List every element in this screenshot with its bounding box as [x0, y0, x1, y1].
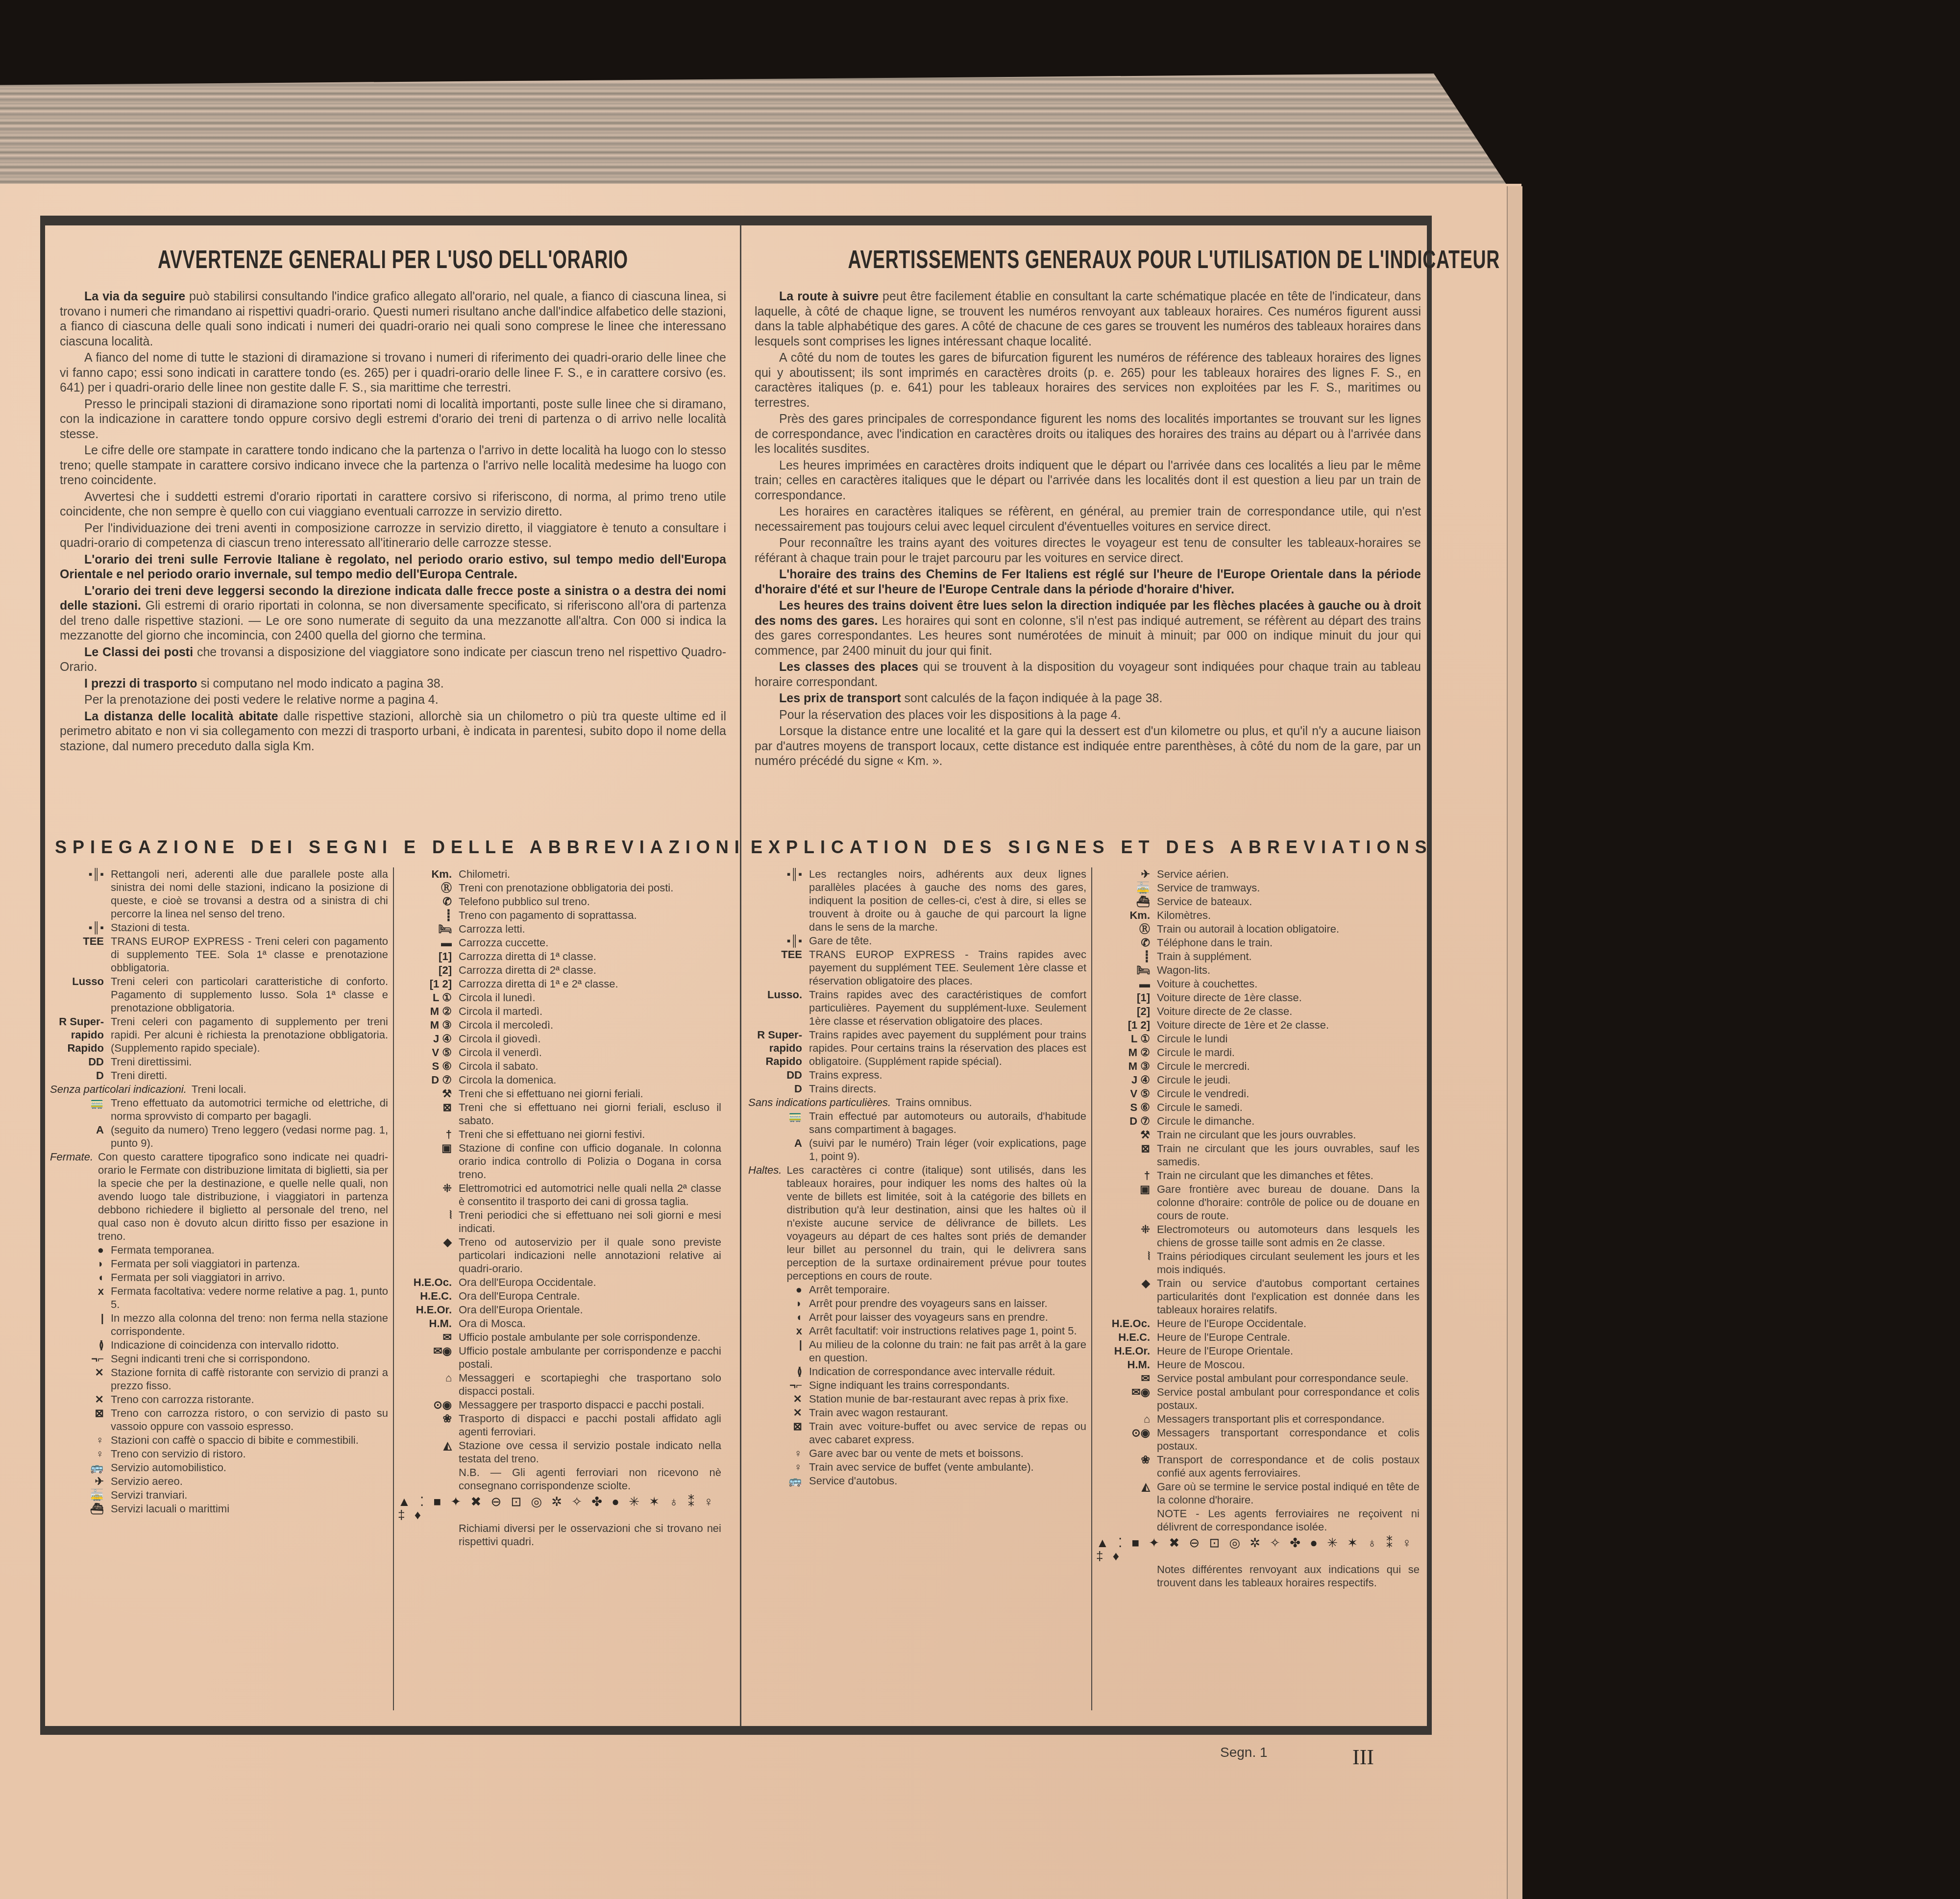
legend-item: H.E.Or.Heure de l'Europe Orientale.: [1096, 1344, 1420, 1357]
legend-description: Circule le mercredi.: [1157, 1060, 1420, 1073]
legend-item: DDTreni direttissimi.: [50, 1055, 388, 1068]
legend-description: Stazione fornita di caffè ristorante con…: [111, 1366, 388, 1392]
legend-symbol-icon: |: [748, 1338, 809, 1364]
legend-item: ⓇTreni con prenotazione obbligatoria dei…: [398, 881, 721, 894]
legend-item: ✉◉Ufficio postale ambulante per corrispo…: [398, 1344, 721, 1371]
legend-symbol-icon: H.M.: [398, 1317, 459, 1330]
legend-symbol-icon: ◭: [398, 1439, 459, 1465]
legend-description: Circule le vendredi.: [1157, 1087, 1420, 1100]
legend-symbol-icon: DD: [748, 1068, 809, 1082]
legend-item: ◗Arrêt pour prendre des voyageurs sans e…: [748, 1297, 1086, 1310]
legend-symbol-icon: V ⑤: [1096, 1087, 1157, 1100]
legend-symbol-icon: J ④: [1096, 1073, 1157, 1086]
legend-item: ♀Gare avec bar ou vente de mets et boiss…: [748, 1447, 1086, 1460]
legend-description: Wagon-lits.: [1157, 963, 1420, 977]
legend-symbol-icon: x: [748, 1324, 809, 1337]
legend-symbol-icon: [1096, 1507, 1157, 1533]
legend-symbol-icon: Ⓡ: [398, 881, 459, 894]
legend-item: N.B. — Gli agenti ferroviari non ricevon…: [398, 1466, 721, 1492]
legend-symbol-icon: ▪║▪: [50, 921, 111, 934]
legend-description: Messaggere per trasporto dispacci e pacc…: [459, 1398, 721, 1411]
legend-description: Circola il sabato.: [459, 1060, 721, 1073]
legend-description: Ora di Mosca.: [459, 1317, 721, 1330]
legend-symbol-icon: ⊠: [748, 1420, 809, 1446]
legend-description: Ora dell'Europa Occidentale.: [459, 1276, 721, 1289]
legend-symbol-icon: H.E.Oc.: [398, 1276, 459, 1289]
legend-item: ●Fermata temporanea.: [50, 1243, 388, 1257]
legend-item: ✕Train avec wagon restaurant.: [748, 1406, 1086, 1419]
legend-description: Arrêt pour prendre des voyageurs sans en…: [809, 1297, 1086, 1310]
legend-item: 🚌Service d'autobus.: [748, 1474, 1086, 1487]
legend-description: Servizio aereo.: [111, 1475, 388, 1488]
legend-symbol-icon: V ⑤: [398, 1046, 459, 1059]
legend-symbol-icon: L ①: [1096, 1032, 1157, 1045]
legend-description: Trains rapides avec payement du suppléme…: [809, 1028, 1086, 1068]
legend-item: 🛏Wagon-lits.: [1096, 963, 1420, 977]
legend-item: H.E.Oc.Heure de l'Europe Occidentale.: [1096, 1317, 1420, 1330]
legend-item: R Super-rapido RapidoTreni celeri con pa…: [50, 1015, 388, 1055]
paragraph: La distanza delle località abitate dalle…: [60, 709, 726, 754]
legend-item: Lusso.Trains rapides avec des caractéris…: [748, 988, 1086, 1028]
legend-symbol-icon: H.E.Oc.: [1096, 1317, 1157, 1330]
legend-description: Gare de tête.: [809, 934, 1086, 947]
paragraph: Presso le principali stazioni di diramaz…: [60, 397, 726, 442]
legend-symbol-icon: A: [50, 1123, 111, 1150]
legend-symbol-icon: 🚋: [50, 1488, 111, 1502]
legend-symbol-icon: DD: [50, 1055, 111, 1068]
legend-item: DTreni diretti.: [50, 1069, 388, 1082]
legend-item: Km.Kilomètres.: [1096, 909, 1420, 922]
legend-symbol-icon: ◆: [1096, 1277, 1157, 1316]
legend-description: Gare frontière avec bureau de douane. Da…: [1157, 1183, 1420, 1222]
legend-description: Heure de l'Europe Orientale.: [1157, 1344, 1420, 1357]
legend-item: H.M.Ora di Mosca.: [398, 1317, 721, 1330]
legend-description: Voiture directe de 2e classe.: [1157, 1005, 1420, 1018]
legend-description: Fermata facoltativa: vedere norme relati…: [111, 1284, 388, 1311]
paragraph: Pour reconnaître les trains ayant des vo…: [755, 536, 1421, 566]
italian-legend-col2: Km.Chilometri.ⓇTreni con prenotazione ob…: [398, 867, 721, 1549]
legend-symbol-icon: ◆: [398, 1235, 459, 1275]
page-edge: [1507, 186, 1522, 1899]
legend-description: Treni diretti.: [111, 1069, 388, 1082]
legend-item: V ⑤Circule le vendredi.: [1096, 1087, 1420, 1100]
legend-symbol-icon: ▣: [1096, 1183, 1157, 1222]
legend-description: Treni periodici che si effettuano nei so…: [459, 1208, 721, 1235]
legend-description: Trains express.: [809, 1068, 1086, 1082]
italian-legend-col1: ▪║▪Rettangoli neri, aderenti alle due pa…: [50, 867, 388, 1516]
paragraph: Per la prenotazione dei posti vedere le …: [60, 692, 726, 708]
legend-item: ✈Servizio aereo.: [50, 1475, 388, 1488]
legend-item: ▪║▪Gare de tête.: [748, 934, 1086, 947]
legend-description: Signe indiquant les trains correspondant…: [809, 1379, 1086, 1392]
legend-item: ┋Treno con pagamento di soprattassa.: [398, 909, 721, 922]
legend-item: A(suivi par le numéro) Train léger (voir…: [748, 1136, 1086, 1163]
legend-item: ⦚Trains périodiques circulant seulement …: [1096, 1250, 1420, 1276]
paragraph: A fianco del nome di tutte le stazioni d…: [60, 350, 726, 395]
legend-description: Treni celeri con pagamento di supplement…: [111, 1015, 388, 1055]
legend-item: TEETRANS EUROP EXPRESS - Trains rapides …: [748, 948, 1086, 987]
legend-symbol-icon: Km.: [398, 867, 459, 881]
legend-symbol-icon: L ①: [398, 991, 459, 1004]
legend-description: TRANS EUROP EXPRESS - Treni celeri con p…: [111, 935, 388, 974]
legend-symbol-icon: 🚌: [50, 1461, 111, 1474]
legend-symbol-icon: M ②: [1096, 1046, 1157, 1059]
legend-symbol-icon: S ⑥: [398, 1060, 459, 1073]
legend-item: ♀Treno con servizio di ristoro.: [50, 1447, 388, 1460]
legend-item: [2]Carrozza diretta di 2ª classe.: [398, 963, 721, 977]
legend-symbol-icon: R Super-rapido Rapido: [748, 1028, 809, 1068]
legend-description: Service de bateaux.: [1157, 895, 1420, 908]
legend-symbol-icon: ⁜: [398, 1182, 459, 1208]
legend-symbol-icon: ✈: [50, 1475, 111, 1488]
legend-symbol-icon: ⊠: [398, 1101, 459, 1127]
legend-item: ✕Station munie de bar-restaurant avec re…: [748, 1392, 1086, 1406]
legend-description: Circola il giovedì.: [459, 1032, 721, 1045]
legend-description: Servizi tranviari.: [111, 1488, 388, 1502]
legend-item: ◭Stazione ove cessa il servizio postale …: [398, 1439, 721, 1465]
legend-symbol-icon: †: [1096, 1169, 1157, 1182]
legend-item: H.M.Heure de Moscou.: [1096, 1358, 1420, 1371]
legend-description: Stazioni con caffè o spaccio di bibite e…: [111, 1433, 388, 1447]
legend-description: Trasporto di dispacci e pacchi postali a…: [459, 1412, 721, 1438]
french-legend-col1: ▪║▪Les rectangles noirs, adhérents aux d…: [748, 867, 1086, 1488]
legend-item: ✆Téléphone dans le train.: [1096, 936, 1420, 949]
legend-item: 🚋Service de tramways.: [1096, 881, 1420, 894]
legend-item: ⊠Treno con carrozza ristoro, o con servi…: [50, 1406, 388, 1433]
legend-description: Train effectué par automoteurs ou autora…: [809, 1110, 1086, 1136]
legend-description: Circola il mercoledì.: [459, 1018, 721, 1032]
legend-description: Kilomètres.: [1157, 909, 1420, 922]
legend-symbol-icon: Lusso: [50, 975, 111, 1014]
legend-description: Chilometri.: [459, 867, 721, 881]
legend-description: Notes différentes renvoyant aux indicati…: [1157, 1563, 1420, 1589]
legend-description: Fermata per soli viaggiatori in arrivo.: [111, 1271, 388, 1284]
legend-item: Richiami diversi per le osservazioni che…: [398, 1522, 721, 1548]
paragraph: Le Classi dei posti che trovansi a dispo…: [60, 645, 726, 675]
legend-description: Au milieu de la colonne du train: ne fai…: [809, 1338, 1086, 1364]
paragraph-text: Per la prenotazione dei posti vedere le …: [84, 693, 439, 707]
legend-item: †Train ne circulant que les dimanches et…: [1096, 1169, 1420, 1182]
legend-symbol-icon: H.E.Or.: [398, 1303, 459, 1316]
legend-description: Arrêt pour laisser des voyageurs sans en…: [809, 1310, 1086, 1324]
paragraph-text: Lorsque la distance entre une localité e…: [755, 724, 1421, 768]
legend-description: Treni che si effettuano nei giorni festi…: [459, 1128, 721, 1141]
legend-description: Transport de correspondance et de colis …: [1157, 1453, 1420, 1480]
legend-item: V ⑤Circola il venerdì.: [398, 1046, 721, 1059]
legend-item: ❀Transport de correspondance et de colis…: [1096, 1453, 1420, 1480]
legend-symbol-icon: †: [398, 1128, 459, 1141]
legend-description: Elettromotrici ed automotrici nelle qual…: [459, 1182, 721, 1208]
legend-item: ✕Stazione fornita di caffè ristorante co…: [50, 1366, 388, 1392]
legend-description: Train ne circulant que les jours ouvrabl…: [1157, 1142, 1420, 1168]
legend-description: Heure de Moscou.: [1157, 1358, 1420, 1371]
legend-description: Trains directs.: [809, 1082, 1086, 1095]
paragraph: Près des gares principales de correspond…: [755, 412, 1421, 457]
legend-symbol-icon: H.E.Or.: [1096, 1344, 1157, 1357]
legend-description: Treni che si effettuano nei giorni feria…: [459, 1101, 721, 1127]
legend-item: ▣Gare frontière avec bureau de douane. D…: [1096, 1183, 1420, 1222]
paragraph: Les horaires en caractères italiques se …: [755, 504, 1421, 534]
legend-item: [1 2]Voiture directe de 1ère et 2e class…: [1096, 1018, 1420, 1032]
paragraph-lead: I prezzi di trasporto: [84, 677, 197, 691]
legend-symbol-icon: ✕: [748, 1392, 809, 1406]
legend-description: Trains rapides avec des caractéristiques…: [809, 988, 1086, 1028]
legend-symbol-icon: ❀: [398, 1412, 459, 1438]
page-number: III: [1352, 1745, 1374, 1770]
legend-item: 🚋Servizi tranviari.: [50, 1488, 388, 1502]
legend-description: Electromoteurs ou automoteurs dans lesqu…: [1157, 1223, 1420, 1249]
legend-description: Carrozza diretta di 2ª classe.: [459, 963, 721, 977]
legend-symbol-icon: ✆: [1096, 936, 1157, 949]
legend-item: 🚃Train effectué par automoteurs ou autor…: [748, 1110, 1086, 1136]
legend-item: [2]Voiture directe de 2e classe.: [1096, 1005, 1420, 1018]
legend-description: Voiture directe de 1ère classe.: [1157, 991, 1420, 1004]
legend-symbol-icon: |: [50, 1311, 111, 1338]
legend-symbol-icon: ◖: [748, 1310, 809, 1324]
legend-description: Carrozza diretta di 1ª e 2ª classe.: [459, 977, 721, 990]
legend-description: Telefono pubblico sul treno.: [459, 895, 721, 908]
paragraph: Les prix de transport sont calculés de l…: [755, 691, 1421, 706]
legend-description: Carrozza letti.: [459, 922, 721, 936]
legend-description: Treno con servizio di ristoro.: [111, 1447, 388, 1460]
legend-symbol-icon: [2]: [398, 963, 459, 977]
legend-item: ▪║▪Rettangoli neri, aderenti alle due pa…: [50, 867, 388, 920]
legend-item: ⊠Treni che si effettuano nei giorni feri…: [398, 1101, 721, 1127]
legend-item: ≬Indicazione di coincidenza con interval…: [50, 1338, 388, 1352]
legend-item: ✉Service postal ambulant pour correspond…: [1096, 1372, 1420, 1385]
legend-description: In mezzo alla colonna del treno: non fer…: [111, 1311, 388, 1338]
legend-symbol-icon: ⊙◉: [1096, 1426, 1157, 1453]
legend-symbol-icon: ♀: [50, 1447, 111, 1460]
legend-symbol-icon: ⚒: [398, 1087, 459, 1100]
legend-description: NOTE - Les agents ferroviaires ne reçoiv…: [1157, 1507, 1420, 1533]
paragraph-text: si computano nel modo indicato a pagina …: [197, 677, 444, 691]
legend-item: ◖Arrêt pour laisser des voyageurs sans e…: [748, 1310, 1086, 1324]
paragraph-lead: La route à suivre: [779, 290, 879, 303]
legend-description: Circule le dimanche.: [1157, 1114, 1420, 1128]
paragraph-lead: Le Classi dei posti: [84, 645, 193, 659]
legend-item: ⚒Treni che si effettuano nei giorni feri…: [398, 1087, 721, 1100]
paragraph: Per l'individuazione dei treni aventi in…: [60, 521, 726, 551]
legend-description: Messaggeri e scortapieghi che trasportan…: [459, 1371, 721, 1398]
legend-item: ▪║▪Les rectangles noirs, adhérents aux d…: [748, 867, 1086, 934]
legend-symbol-icon: 🚃: [748, 1110, 809, 1136]
legend-item: NOTE - Les agents ferroviaires ne reçoiv…: [1096, 1507, 1420, 1533]
legend-description: Con questo carattere tipografico sono in…: [98, 1150, 388, 1243]
legend-item: Senza particolari indicazioni.Treni loca…: [50, 1083, 388, 1096]
legend-description: Train avec wagon restaurant.: [809, 1406, 1086, 1419]
legend-symbol-icon: H.E.C.: [398, 1289, 459, 1303]
legend-symbol-icon: Sans indications particulières.: [748, 1096, 896, 1109]
legend-description: Téléphone dans le train.: [1157, 936, 1420, 949]
legend-description: (seguito da numero) Treno leggero (vedas…: [111, 1123, 388, 1150]
paragraph-lead: L'horaire des trains des Chemins de Fer …: [755, 567, 1421, 596]
legend-description: Messagers transportant plis et correspon…: [1157, 1412, 1420, 1426]
legend-item: ▬Carrozza cuccette.: [398, 936, 721, 949]
legend-item: [1 2]Carrozza diretta di 1ª e 2ª classe.: [398, 977, 721, 990]
paragraph: Lorsque la distance entre une localité e…: [755, 724, 1421, 769]
legend-description: Train ou autorail à location obligatoire…: [1157, 922, 1420, 936]
legend-item: 🚌Servizio automobilistico.: [50, 1461, 388, 1474]
legend-symbol-icon: ◭: [1096, 1480, 1157, 1506]
note-symbols-row: ▲ ⁚ ■ ✦ ✖ ⊖ ⊡ ◎ ✲ ✧ ✤ ● ✳ ✶ ♁ ⁑ ♀ ‡ ♦: [1096, 1536, 1420, 1563]
italian-paragraphs: La via da seguire può stabilirsi consult…: [60, 289, 726, 754]
legend-description: Gare où se termine le service postal ind…: [1157, 1480, 1420, 1506]
legend-description: Fermata temporanea.: [111, 1243, 388, 1257]
legend-symbol-icon: D: [50, 1069, 111, 1082]
legend-item: H.E.Or.Ora dell'Europa Orientale.: [398, 1303, 721, 1316]
legend-item: xFermata facoltativa: vedere norme relat…: [50, 1284, 388, 1311]
legend-item: H.E.C.Heure de l'Europe Centrale.: [1096, 1331, 1420, 1344]
italian-title: AVVERTENZE GENERALI PER L'USO DELL'ORARI…: [153, 245, 633, 274]
legend-description: Circola il martedì.: [459, 1005, 721, 1018]
legend-item: TEETRANS EUROP EXPRESS - Treni celeri co…: [50, 935, 388, 974]
legend-symbol-icon: ┋: [1096, 950, 1157, 963]
legend-description: Treno con carrozza ristorante.: [111, 1393, 388, 1406]
legend-item: R Super-rapido RapidoTrains rapides avec…: [748, 1028, 1086, 1068]
legend-symbol-icon: ✕: [748, 1406, 809, 1419]
legend-item: ⦚Treni periodici che si effettuano nei s…: [398, 1208, 721, 1235]
legend-symbol-icon: Ⓡ: [1096, 922, 1157, 936]
legend-item: ✈Service aérien.: [1096, 867, 1420, 881]
legend-symbol-icon: ❀: [1096, 1453, 1157, 1480]
legend-item: H.E.Oc.Ora dell'Europa Occidentale.: [398, 1276, 721, 1289]
legend-symbol-icon: ♀: [50, 1433, 111, 1447]
page-frame: AVVERTENZE GENERALI PER L'USO DELL'ORARI…: [40, 216, 1432, 1735]
legend-description: Treno con carrozza ristoro, o con serviz…: [111, 1406, 388, 1433]
paragraph: Avvertesi che i suddetti estremi d'orari…: [60, 490, 726, 519]
legend-item: ▣Stazione di confine con ufficio doganal…: [398, 1141, 721, 1181]
legend-description: Circule le mardi.: [1157, 1046, 1420, 1059]
legend-symbol-icon: ◗: [50, 1257, 111, 1270]
legend-symbol-icon: 🚌: [748, 1474, 809, 1487]
paragraph-text: Les horaires en caractères italiques se …: [755, 505, 1421, 534]
legend-symbol-icon: ✉: [398, 1331, 459, 1344]
paragraph-text: Avvertesi che i suddetti estremi d'orari…: [60, 490, 726, 519]
legend-item: ❀Trasporto di dispacci e pacchi postali …: [398, 1412, 721, 1438]
legend-symbol-icon: ▬: [398, 936, 459, 949]
legend-symbol-icon: ▬: [1096, 977, 1157, 990]
legend-item: ⊙◉Messagers transportant correspondance …: [1096, 1426, 1420, 1453]
paragraph-text: A côté du nom de toutes les gares de bif…: [755, 351, 1421, 410]
legend-description: Stazione di confine con ufficio doganale…: [459, 1141, 721, 1181]
paragraph-text: Gli estremi di orario riportati in colon…: [60, 599, 726, 642]
legend-symbol-icon: A: [748, 1136, 809, 1163]
paragraph-text: A fianco del nome di tutte le stazioni d…: [60, 351, 726, 395]
legend-item: M ③Circule le mercredi.: [1096, 1060, 1420, 1073]
legend-item: ⓇTrain ou autorail à location obligatoir…: [1096, 922, 1420, 936]
legend-description: Voiture à couchettes.: [1157, 977, 1420, 990]
legend-item: ◆Treno od autoservizio per il quale sono…: [398, 1235, 721, 1275]
legend-item: L ①Circule le lundi: [1096, 1032, 1420, 1045]
legend-symbol-icon: TEE: [50, 935, 111, 974]
legend-symbol-icon: ●: [748, 1283, 809, 1296]
paragraph: I prezzi di trasporto si computano nel m…: [60, 676, 726, 691]
legend-item: DTrains directs.: [748, 1082, 1086, 1095]
legend-item: ♀Stazioni con caffè o spaccio di bibite …: [50, 1433, 388, 1447]
legend-item: 🚃Treno effettuato da automotrici termich…: [50, 1096, 388, 1123]
legend-description: Service de tramways.: [1157, 881, 1420, 894]
legend-symbol-icon: R Super-rapido Rapido: [50, 1015, 111, 1055]
legend-description: Voiture directe de 1ère et 2e classe.: [1157, 1018, 1420, 1032]
note-symbols-row: ▲ ⁚ ■ ✦ ✖ ⊖ ⊡ ◎ ✲ ✧ ✤ ● ✳ ✶ ♁ ⁑ ♀ ‡ ♦: [398, 1495, 721, 1522]
legend-symbol-icon: ⦚: [398, 1208, 459, 1235]
legend-item: ●Arrêt temporaire.: [748, 1283, 1086, 1296]
legend-item: ⁜Elettromotrici ed automotrici nelle qua…: [398, 1182, 721, 1208]
legend-symbol-icon: ¬⌐: [50, 1352, 111, 1365]
legend-description: Indication de correspondance avec interv…: [809, 1365, 1086, 1378]
legend-item: ♀Train avec service de buffet (vente amb…: [748, 1460, 1086, 1474]
legend-symbol-icon: M ③: [398, 1018, 459, 1032]
legend-symbol-icon: Haltes.: [748, 1163, 786, 1282]
legend-item: H.E.C.Ora dell'Europa Centrale.: [398, 1289, 721, 1303]
legend-symbol-icon: [1 2]: [398, 977, 459, 990]
legend-description: Circule le lundi: [1157, 1032, 1420, 1045]
paragraph-text: Pour reconnaître les trains ayant des vo…: [755, 536, 1421, 565]
legend-symbol-icon: Km.: [1096, 909, 1157, 922]
legend-symbol-icon: J ④: [398, 1032, 459, 1045]
paragraph-lead: Les prix de transport: [779, 691, 901, 705]
legend-item: [1]Voiture directe de 1ère classe.: [1096, 991, 1420, 1004]
legend-description: Train ne circulant que les dimanches et …: [1157, 1169, 1420, 1182]
legend-item: ◭Gare où se termine le service postal in…: [1096, 1480, 1420, 1506]
legend-description: Station munie de bar-restaurant avec rep…: [809, 1392, 1086, 1406]
legend-symbol-icon: ●: [50, 1243, 111, 1257]
legend-item: ⊠Train ne circulant que les jours ouvrab…: [1096, 1142, 1420, 1168]
legend-description: Treni locali.: [192, 1083, 388, 1096]
legend-symbol-icon: ✉: [1096, 1372, 1157, 1385]
legend-description: Heure de l'Europe Occidentale.: [1157, 1317, 1420, 1330]
legend-symbol-icon: Lusso.: [748, 988, 809, 1028]
legend-symbol-icon: Fermate.: [50, 1150, 98, 1243]
legend-divider: [393, 867, 394, 1710]
legend-description: Ora dell'Europa Centrale.: [459, 1289, 721, 1303]
french-paragraphs: La route à suivre peut être facilement é…: [755, 289, 1421, 769]
legend-symbol-icon: [1]: [398, 950, 459, 963]
paragraph: L'horaire des trains des Chemins de Fer …: [755, 567, 1421, 597]
legend-item: ¬⌐Segni indicanti treni che si corrispon…: [50, 1352, 388, 1365]
legend-item: L ①Circola il lunedì.: [398, 991, 721, 1004]
legend-item: S ⑥Circola il sabato.: [398, 1060, 721, 1073]
legend-symbol-icon: ✉◉: [1096, 1385, 1157, 1412]
legend-symbol-icon: ≬: [50, 1338, 111, 1352]
paragraph-text: sont calculés de la façon indiquée à la …: [901, 691, 1163, 705]
legend-description: Treni che si effettuano nei giorni feria…: [459, 1087, 721, 1100]
legend-item: DDTrains express.: [748, 1068, 1086, 1082]
legend-symbol-icon: ▪║▪: [748, 867, 809, 934]
legend-description: Messagers transportant correspondance et…: [1157, 1426, 1420, 1453]
legend-symbol-icon: 🛏: [398, 922, 459, 936]
legend-description: Fermata per soli viaggiatori in partenza…: [111, 1257, 388, 1270]
legend-symbol-icon: ✉◉: [398, 1344, 459, 1371]
legend-item: ┋Train à supplément.: [1096, 950, 1420, 963]
legend-item: ✉Ufficio postale ambulante per sole corr…: [398, 1331, 721, 1344]
legend-item: LussoTreni celeri con particolari caratt…: [50, 975, 388, 1014]
legend-symbol-icon: S ⑥: [1096, 1101, 1157, 1114]
legend-description: Service postal ambulant pour corresponda…: [1157, 1372, 1420, 1385]
paragraph: Les heures des trains doivent être lues …: [755, 598, 1421, 658]
legend-symbol-icon: D: [748, 1082, 809, 1095]
paragraph-text: Presso le principali stazioni di diramaz…: [60, 397, 726, 441]
legend-item: Notes différentes renvoyant aux indicati…: [1096, 1563, 1420, 1589]
legend-item: 🛏Carrozza letti.: [398, 922, 721, 936]
legend-description: Circola il venerdì.: [459, 1046, 721, 1059]
legend-symbol-icon: M ②: [398, 1005, 459, 1018]
paragraph: Les heures imprimées en caractères droit…: [755, 458, 1421, 503]
legend-symbol-icon: ⚒: [1096, 1128, 1157, 1141]
paragraph: L'orario dei treni deve leggersi secondo…: [60, 584, 726, 643]
legend-item: †Treni che si effettuano nei giorni fest…: [398, 1128, 721, 1141]
